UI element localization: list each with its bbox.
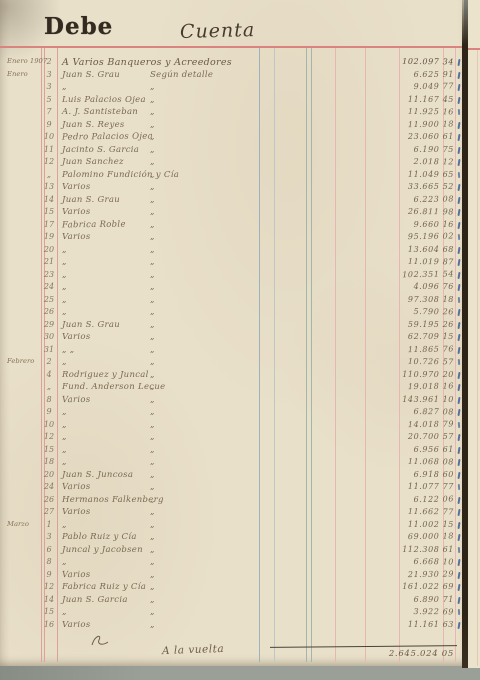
row-detail-note: „ (150, 257, 155, 267)
ledger-row: 3Pablo Ruiz y Cía„69.000 18 (0, 532, 464, 545)
row-tick-mark (457, 284, 460, 291)
row-entry-number: „ (41, 382, 57, 391)
row-amount: 143.961 10 (378, 395, 454, 404)
row-tick-mark (457, 196, 460, 203)
row-entry-number: 16 (41, 620, 57, 629)
ledger-row: 24„„4.096 76 (0, 282, 464, 295)
row-amount: 6.956 61 (378, 445, 454, 454)
row-amount: 95.196 02 (378, 231, 454, 241)
row-tick-mark (458, 484, 460, 490)
row-tick-mark (457, 121, 460, 128)
ledger-row: 6Juncal y Jacobsen„112.308 61 (0, 545, 464, 558)
row-account-name: Varios (62, 620, 91, 630)
row-account-name: Varios (62, 207, 91, 217)
row-tick-mark (458, 296, 460, 302)
row-amount: 6.668 10 (378, 557, 454, 567)
row-entry-number: 14 (41, 595, 57, 604)
row-amount: 3.922 69 (378, 607, 454, 617)
row-entry-number: 3 (41, 532, 57, 541)
row-tick-mark (458, 359, 460, 365)
row-entry-number: 4 (41, 370, 57, 379)
row-amount: 11.662 77 (378, 507, 454, 517)
row-account-name: Rodriguez y Juncal (62, 370, 149, 380)
row-tick-mark (457, 159, 460, 166)
row-account-name: Varios (62, 394, 91, 404)
row-amount: 11.161 63 (378, 620, 454, 629)
row-tick-mark (457, 534, 460, 541)
row-amount: 69.000 18 (378, 531, 454, 541)
ledger-row: 17Fabrica Roble„9.660 16 (0, 220, 464, 233)
row-entry-number: 5 (41, 95, 57, 104)
row-detail-note: „ (150, 195, 155, 205)
row-tick-mark (458, 171, 460, 177)
ledger-row: 12Juan Sanchez„2.018 12 (0, 157, 464, 170)
row-amount: 62.709 15 (378, 332, 454, 341)
row-account-name: „ (62, 457, 67, 467)
row-entry-number: 3 (41, 82, 57, 91)
row-account-name: „ (62, 257, 67, 267)
ledger-row: 9Varios„21.930 29 (0, 570, 464, 583)
row-account-name: „ (62, 420, 67, 430)
row-detail-note: „ (150, 457, 155, 467)
row-account-name: A. J. Santisteban (62, 107, 138, 117)
row-detail-note: Según detalle (150, 70, 213, 80)
ledger-row: 3„„9.049 77 (0, 82, 464, 95)
row-tick-mark (457, 221, 460, 228)
row-amount: 11.077 77 (378, 482, 454, 491)
row-account-name: „ (62, 407, 67, 417)
row-detail-note: „ (150, 620, 155, 630)
ledger-row: 10„„14.018 79 (0, 420, 464, 433)
row-detail-note: „ (150, 107, 155, 117)
ledger-row: „Fund. Anderson Lecue„19.018 16 (0, 382, 464, 395)
row-amount: 9.660 16 (378, 220, 454, 229)
ledger-row: 11Jacinto S. Garcia„6.190 75 (0, 145, 464, 158)
ledger-row: Enero3Juan S. GrauSegún detalle6.625 91 (0, 70, 464, 83)
row-entry-number: 7 (41, 107, 57, 116)
row-amount: 97.308 18 (378, 295, 454, 304)
row-amount: 102.097 34 (378, 57, 454, 67)
ledger-row: 9Juan S. Reyes„11.900 18 (0, 120, 464, 133)
row-tick-mark (458, 546, 460, 552)
row-account-name: Varios (62, 232, 91, 242)
row-account-name: „ (62, 307, 67, 317)
row-tick-mark (457, 346, 460, 353)
row-account-name: „ (62, 445, 67, 455)
row-amount: 11.049 65 (378, 170, 454, 179)
row-account-name: „ (62, 295, 67, 305)
row-entry-number: 27 (41, 507, 57, 516)
row-account-name: Juan S. Garcia (62, 595, 128, 605)
row-entry-number: 17 (41, 220, 57, 229)
row-entry-number: 9 (41, 120, 57, 129)
ledger-row: 29Juan S. Grau„59.195 26 (0, 320, 464, 333)
row-account-name: Varios (62, 569, 91, 579)
row-tick-mark (457, 384, 460, 391)
row-amount: 11.167 45 (378, 95, 454, 104)
row-detail-note: „ (150, 345, 155, 355)
row-detail-note: „ (150, 145, 155, 155)
row-tick-mark (457, 71, 460, 78)
row-detail-note: „ (150, 207, 155, 217)
row-account-name: Juan S. Grau (62, 320, 120, 330)
row-tick-mark (457, 59, 460, 66)
ledger-row: 23„„102.351 54 (0, 270, 464, 283)
row-amount: 112.308 61 (378, 545, 454, 554)
row-amount: 59.195 26 (378, 320, 454, 329)
ledger-row: 31„ „„11.865 76 (0, 345, 464, 358)
row-entry-number: 15 (41, 607, 57, 616)
row-detail-note: „ (150, 382, 155, 392)
row-amount: 20.700 57 (378, 432, 454, 441)
ledger-row: 30Varios„62.709 15 (0, 332, 464, 345)
row-account-name: Varios (62, 182, 91, 192)
row-account-name: „ (62, 270, 67, 280)
row-detail-note: „ (150, 420, 155, 430)
ledger-row: 15„„6.956 61 (0, 445, 464, 458)
row-detail-note: „ (150, 445, 155, 455)
row-amount: 11.019 87 (378, 257, 454, 267)
ledger-row: 14Juan S. Grau„6.223 08 (0, 195, 464, 208)
row-entry-number: 29 (41, 320, 57, 329)
row-entry-number: 15 (41, 207, 57, 216)
ledger-row: 25„„97.308 18 (0, 295, 464, 308)
row-entry-number: 26 (41, 495, 57, 504)
row-detail-note: „ (150, 182, 155, 192)
ledger-row: Febrero2„„10.726 57 (0, 357, 464, 370)
ledger-row: 24Varios„11.077 77 (0, 482, 464, 495)
row-amount: 33.665 52 (378, 182, 454, 191)
row-tick-mark (457, 146, 460, 153)
ledger-row: 12Fabrica Ruiz y Cía„161.022 69 (0, 582, 464, 595)
row-entry-number: 18 (41, 457, 57, 466)
row-account-name: Juan S. Juncosa (62, 470, 133, 480)
row-account-name: „ (62, 607, 67, 617)
ledger-row: 15„„3.922 69 (0, 607, 464, 620)
ledger-row: 21„„11.019 87 (0, 257, 464, 270)
row-account-name: „ (62, 557, 67, 567)
ledger-row: Marzo1„„11.002 15 (0, 520, 464, 533)
row-detail-note: „ (150, 132, 155, 142)
row-tick-mark (458, 609, 460, 615)
row-tick-mark (457, 246, 460, 253)
row-tick-mark (457, 446, 460, 453)
row-amount: 6.918 60 (378, 470, 454, 479)
row-tick-mark (457, 334, 460, 341)
row-account-name: Hermanos Falkenberg (62, 495, 164, 505)
row-amount: 9.049 77 (378, 81, 454, 91)
row-entry-number: 2 (41, 57, 57, 66)
row-account-name: „ (62, 282, 67, 292)
row-detail-note: „ (150, 432, 155, 442)
row-detail-note: „ (150, 170, 155, 180)
page-title-debe: Debe (44, 13, 113, 40)
row-entry-number: 9 (41, 407, 57, 416)
row-detail-note: „ (150, 232, 155, 242)
row-tick-mark (457, 321, 460, 328)
row-amount: 4.096 76 (378, 282, 454, 291)
row-account-name: Juan S. Grau (62, 70, 120, 80)
ledger-row: 16Varios„11.161 63 (0, 620, 464, 633)
row-detail-note: „ (150, 470, 155, 480)
rubric-flourish (90, 634, 110, 647)
row-tick-mark (457, 621, 460, 628)
row-entry-number: 6 (41, 545, 57, 554)
row-detail-note: „ (150, 582, 155, 592)
row-amount: 11.002 15 (378, 520, 454, 529)
row-entry-number: 20 (41, 470, 57, 479)
row-detail-note: „ (150, 557, 155, 567)
row-detail-note: „ (150, 320, 155, 330)
row-amount: 161.022 69 (378, 582, 454, 591)
row-account-name: „ (62, 245, 67, 255)
row-amount: 6.190 75 (378, 145, 454, 154)
ledger-page: Debe Cuenta Enero 19072A Varios Banquero… (0, 0, 464, 666)
row-tick-mark (457, 521, 460, 528)
row-date-label: Febrero (7, 357, 40, 365)
row-tick-mark (457, 259, 460, 266)
row-account-name: Juncal y Jacobsen (62, 545, 143, 555)
carry-forward-label: A la vuelta (162, 643, 225, 657)
row-amount: 19.018 16 (378, 381, 454, 391)
row-entry-number: 25 (41, 295, 57, 304)
next-page-rule (477, 50, 478, 666)
row-detail-note: „ (150, 157, 155, 167)
row-tick-mark (457, 209, 460, 216)
row-amount: 11.068 08 (378, 457, 454, 467)
row-detail-note: „ (150, 532, 155, 542)
row-entry-number: 13 (41, 182, 57, 191)
row-entry-number: 24 (41, 282, 57, 291)
row-account-name: Varios (62, 332, 91, 342)
row-account-name: Juan S. Reyes (62, 120, 125, 130)
ledger-row: 15Varios„26.811 98 (0, 207, 464, 220)
row-account-name: „ (62, 520, 67, 530)
row-tick-mark (457, 596, 460, 603)
row-entry-number: 3 (41, 70, 57, 79)
row-entry-number: 24 (41, 482, 57, 491)
row-amount: 6.890 71 (378, 595, 454, 604)
row-entry-number: 30 (41, 332, 57, 341)
row-entry-number: 1 (41, 520, 57, 529)
row-entry-number: 9 (41, 570, 57, 579)
row-amount: 10.726 57 (378, 357, 454, 367)
row-entry-number: 11 (41, 145, 57, 154)
row-account-name: „ (62, 357, 67, 367)
row-detail-note: „ (150, 507, 155, 517)
row-amount: 6.625 91 (378, 70, 454, 79)
row-tick-mark (457, 509, 460, 516)
ledger-row: 5Luis Palacios Ojea„11.167 45 (0, 95, 464, 108)
row-tick-mark (457, 459, 460, 466)
row-amount: 14.018 79 (378, 419, 454, 429)
row-amount: 2.018 12 (378, 157, 454, 167)
row-detail-note: „ (150, 270, 155, 280)
row-detail-note: „ (150, 95, 155, 105)
row-detail-note: „ (150, 332, 155, 342)
ledger-row: 8„„6.668 10 (0, 557, 464, 570)
row-detail-note: „ (150, 520, 155, 530)
row-date-label: Marzo (7, 520, 40, 528)
row-account-name: Varios (62, 507, 91, 517)
row-tick-mark (458, 234, 460, 240)
ledger-row: 4Rodriguez y Juncal„110.970 20 (0, 370, 464, 383)
ledger-rows: Enero 19072A Varios Banqueros y Acreedor… (0, 57, 464, 632)
row-tick-mark (458, 109, 460, 115)
ledger-row: 8Varios„143.961 10 (0, 395, 464, 408)
row-amount: 6.827 08 (378, 407, 454, 417)
page-title-cuenta: Cuenta (180, 19, 256, 43)
row-entry-number: 10 (41, 420, 57, 429)
row-entry-number: 10 (41, 132, 57, 141)
row-date-label: Enero (7, 70, 40, 78)
row-tick-mark (457, 96, 460, 103)
row-entry-number: 15 (41, 445, 57, 454)
row-account-name: Jacinto S. Garcia (62, 145, 139, 155)
total-underline (270, 645, 457, 648)
ledger-row: 7A. J. Santisteban„11.925 16 (0, 107, 464, 120)
row-detail-note: „ (150, 395, 155, 405)
row-account-name: Fabrica Roble (62, 219, 126, 230)
row-tick-mark (457, 184, 460, 191)
row-account-name: Varios (62, 482, 91, 492)
total-amount: 2.645.024 05 (378, 649, 454, 659)
ledger-row: 20„„13.604 68 (0, 245, 464, 258)
scan-background (0, 666, 480, 680)
row-tick-mark (457, 559, 460, 566)
row-entry-number: 14 (41, 195, 57, 204)
row-date-label: Enero 1907 (7, 57, 40, 65)
row-detail-note: „ (150, 220, 155, 230)
row-detail-note: „ (150, 482, 155, 492)
row-account-name: Fabrica Ruiz y Cía (62, 582, 146, 592)
row-entry-number: 8 (41, 557, 57, 566)
row-amount: 26.811 98 (378, 207, 454, 217)
row-account-name: „ (62, 82, 67, 92)
ledger-row: 26„„5.790 26 (0, 307, 464, 320)
row-tick-mark (457, 571, 460, 578)
ledger-row: „Palomino Fundición y Cía„11.049 65 (0, 170, 464, 183)
row-tick-mark (457, 134, 460, 141)
row-tick-mark (457, 271, 460, 278)
row-tick-mark (457, 584, 460, 591)
row-detail-note: „ (150, 295, 155, 305)
row-tick-mark (457, 434, 460, 441)
row-tick-mark (457, 371, 460, 378)
row-tick-mark (458, 421, 460, 427)
row-detail-note: „ (150, 245, 155, 255)
ledger-row: 10Pedro Palacios Ojea„23.060 61 (0, 132, 464, 145)
row-amount: 102.351 54 (378, 269, 454, 279)
row-tick-mark (457, 409, 460, 416)
row-entry-number: 12 (41, 157, 57, 166)
row-amount: 11.865 76 (378, 344, 454, 354)
ledger-row: 26Hermanos Falkenberg„6.122 06 (0, 495, 464, 508)
row-entry-number: 8 (41, 395, 57, 404)
row-entry-number: 20 (41, 245, 57, 254)
row-detail-note: „ (150, 607, 155, 617)
row-account-name: Pedro Palacios Ojea (62, 131, 153, 142)
ledger-row: Enero 19072A Varios Banqueros y Acreedor… (0, 57, 464, 70)
row-account-name: Palomino Fundición y Cía (62, 170, 179, 180)
ledger-row: 9„„6.827 08 (0, 407, 464, 420)
next-page-edge (468, 0, 480, 668)
row-tick-mark (457, 396, 460, 403)
row-tick-mark (457, 84, 460, 91)
row-detail-note: „ (150, 407, 155, 417)
ledger-row: 27Varios„11.662 77 (0, 507, 464, 520)
row-entry-number: 21 (41, 257, 57, 266)
row-tick-mark (457, 309, 460, 316)
ledger-row: 12„„20.700 57 (0, 432, 464, 445)
row-detail-note: „ (150, 545, 155, 555)
row-entry-number: 23 (41, 270, 57, 279)
ledger-row: 20Juan S. Juncosa„6.918 60 (0, 470, 464, 483)
row-account-name: „ „ (62, 345, 74, 355)
row-detail-note: „ (150, 307, 155, 317)
row-entry-number: 31 (41, 345, 57, 354)
ledger-row: 18„„11.068 08 (0, 457, 464, 470)
row-entry-number: 12 (41, 432, 57, 441)
row-detail-note: „ (150, 357, 155, 367)
row-detail-note: „ (150, 120, 155, 130)
row-detail-note: „ (150, 595, 155, 605)
top-ruling-line (0, 46, 480, 48)
row-detail-note: „ (150, 282, 155, 292)
row-amount: 6.223 08 (378, 194, 454, 204)
row-account-name: A Varios Banqueros y Acreedores (62, 57, 232, 68)
row-amount: 11.900 18 (378, 119, 454, 129)
row-amount: 23.060 61 (378, 132, 454, 141)
row-entry-number: 12 (41, 582, 57, 591)
row-account-name: Juan S. Grau (62, 195, 120, 205)
row-entry-number: 19 (41, 232, 57, 241)
row-amount: 11.925 16 (378, 107, 454, 117)
row-account-name: Luis Palacios Ojea (62, 95, 146, 105)
row-entry-number: 26 (41, 307, 57, 316)
next-page-top-line (468, 48, 480, 50)
row-tick-mark (457, 471, 460, 478)
row-detail-note: „ (150, 370, 155, 380)
ledger-row: 13Varios„33.665 52 (0, 182, 464, 195)
row-amount: 21.930 29 (378, 569, 454, 579)
row-account-name: Juan Sanchez (62, 157, 124, 167)
row-amount: 13.604 68 (378, 245, 454, 254)
row-amount: 110.970 20 (378, 370, 454, 379)
row-detail-note: „ (150, 82, 155, 92)
row-amount: 6.122 06 (378, 494, 454, 504)
row-tick-mark (457, 496, 460, 503)
row-entry-number: „ (41, 170, 57, 179)
row-account-name: Pablo Ruiz y Cía (62, 532, 137, 542)
ledger-row: 19Varios„95.196 02 (0, 232, 464, 245)
row-amount: 5.790 26 (378, 307, 454, 317)
row-detail-note: „ (150, 570, 155, 580)
row-entry-number: 2 (41, 357, 57, 366)
ledger-row: 14Juan S. Garcia„6.890 71 (0, 595, 464, 608)
row-detail-note: „ (150, 495, 155, 505)
row-account-name: „ (62, 432, 67, 442)
